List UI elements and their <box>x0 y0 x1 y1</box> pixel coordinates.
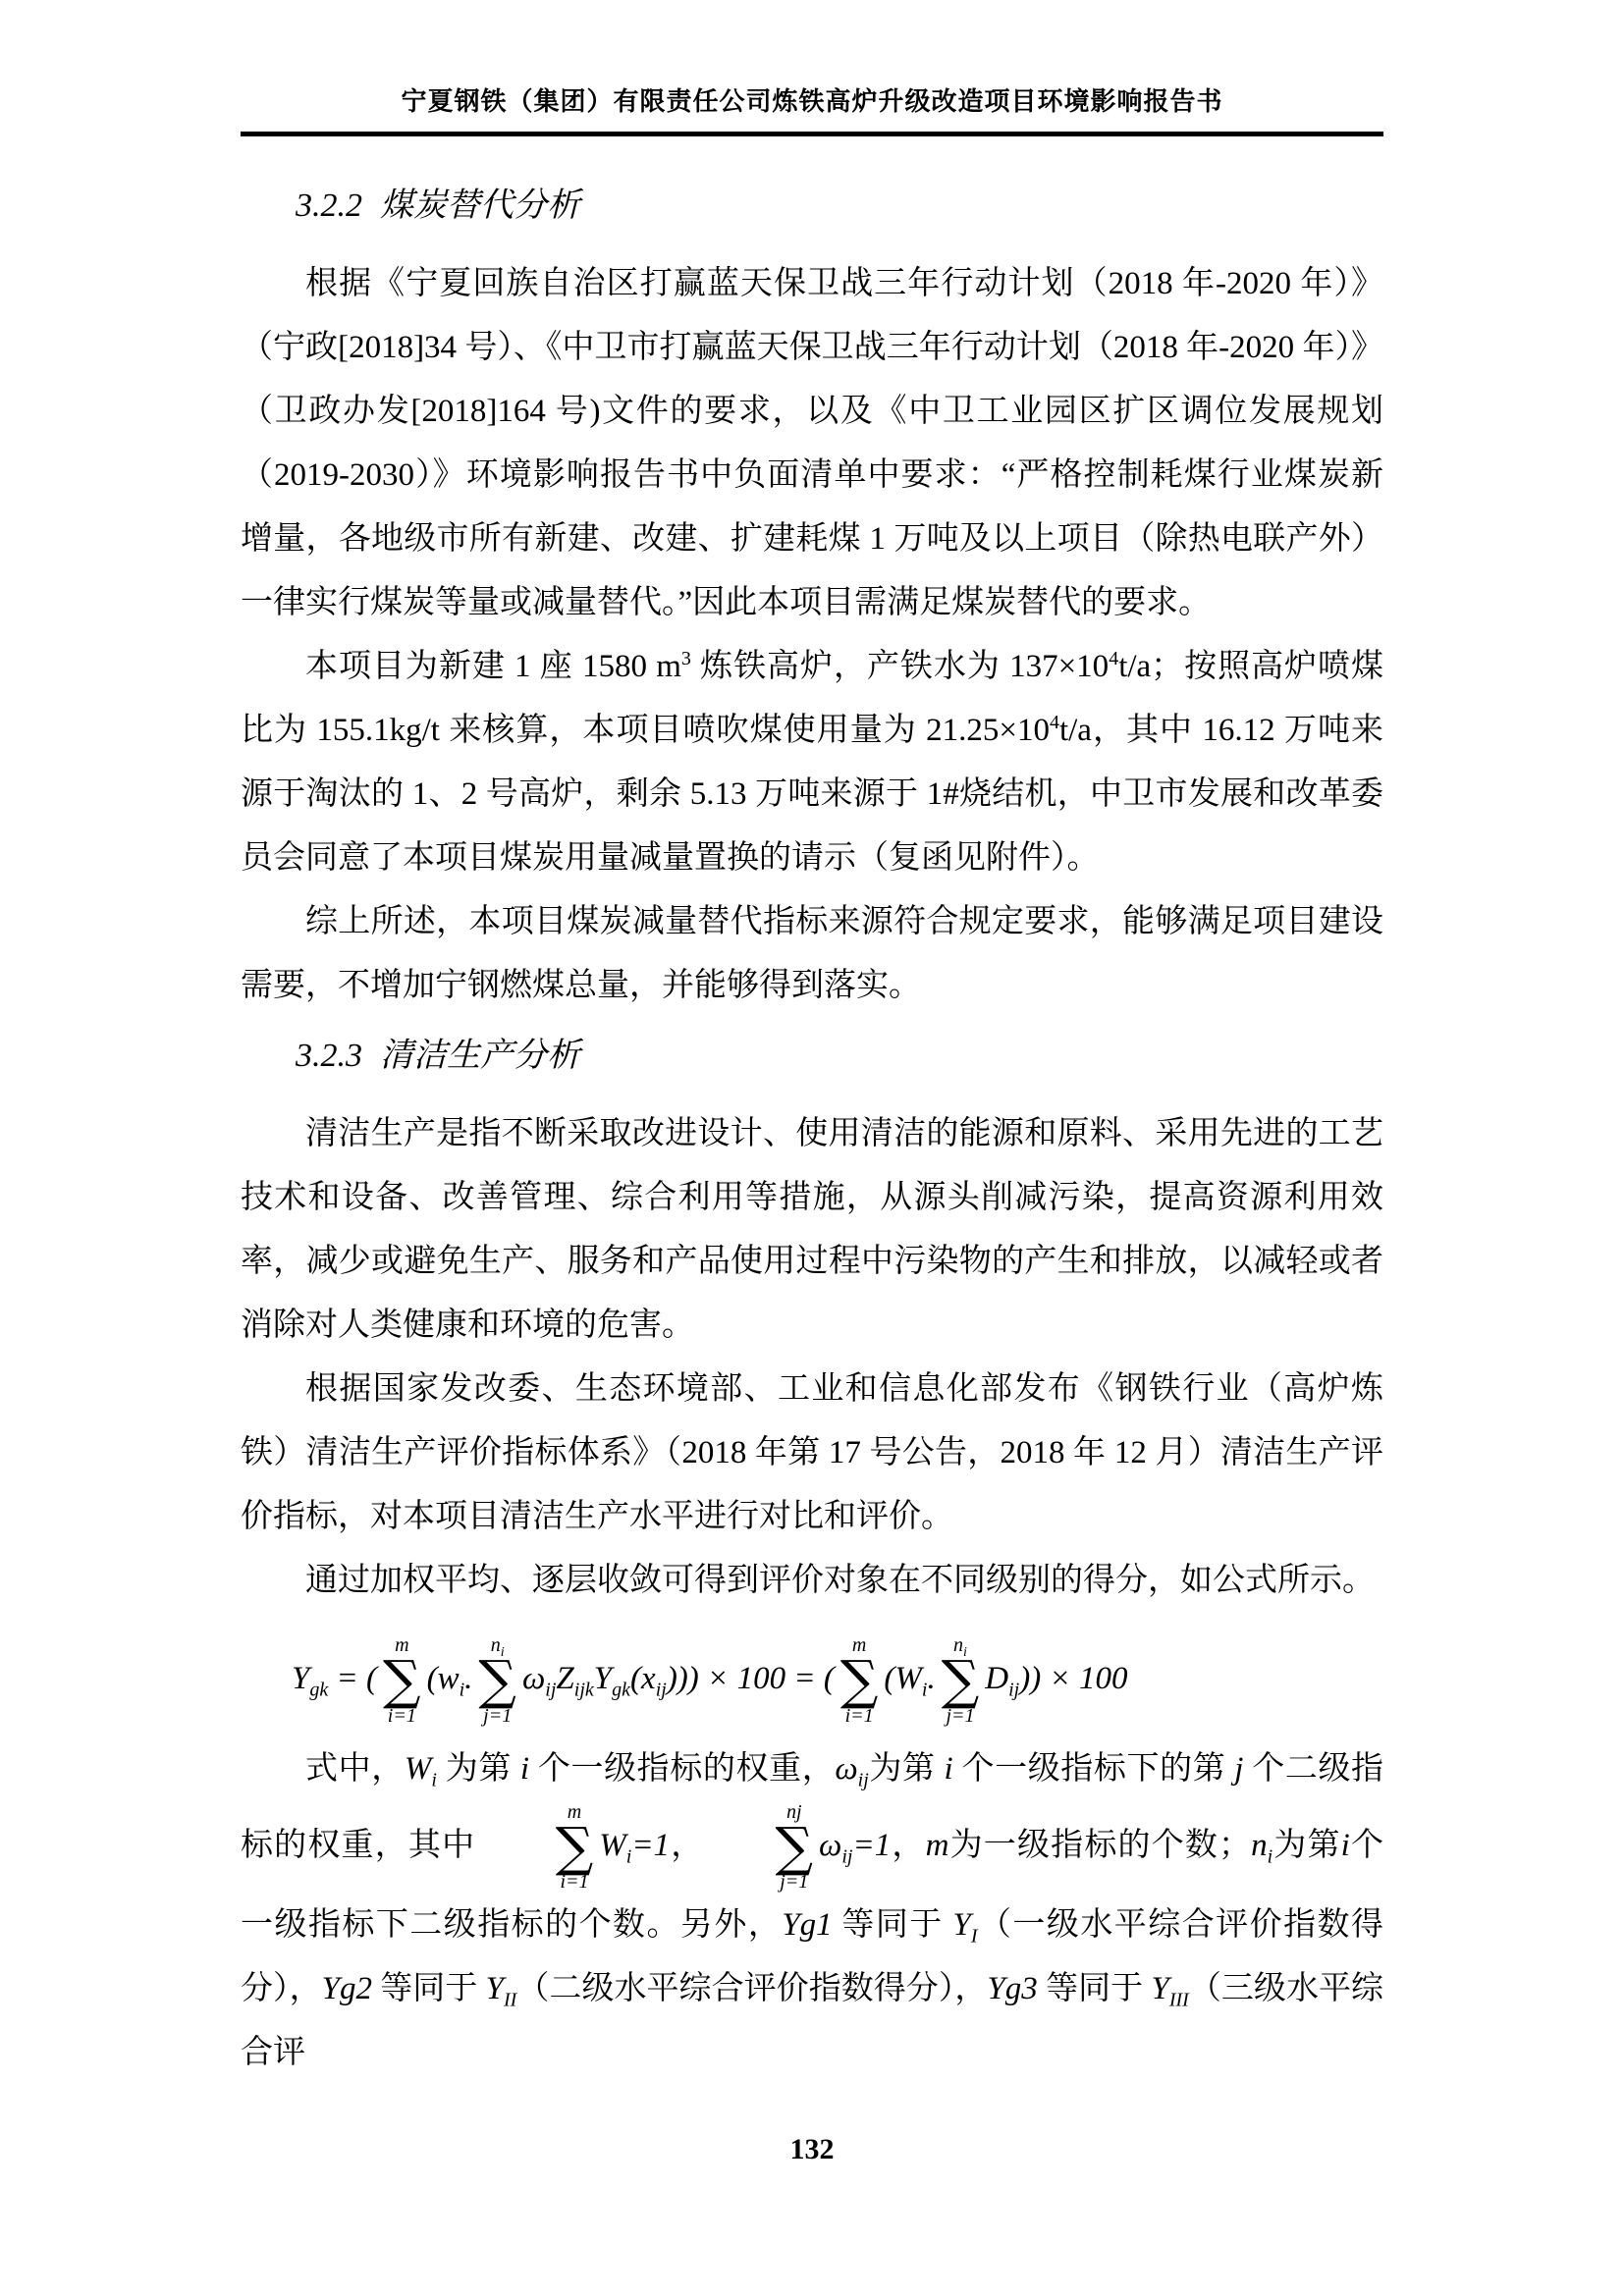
page-body: 3.2.2煤炭替代分析 根据《宁夏回族自治区打赢蓝天保卫战三年行动计划（2018… <box>241 184 1383 2085</box>
paragraph-formula-explain: 式中，Wi 为第 i 个一级指标的权重，ωij为第 i 个一级指标下的第 j 个… <box>241 1737 1383 2086</box>
math-op: =1 <box>631 1827 670 1862</box>
heading-3-2-2: 3.2.2煤炭替代分析 <box>296 184 1383 229</box>
sigma-icon: ∑ <box>840 1657 879 1705</box>
math-var: j <box>1234 1751 1243 1787</box>
math-op: × <box>707 1661 729 1696</box>
math-paren: ( <box>366 1661 377 1696</box>
math-var: Y <box>292 1661 309 1696</box>
summation-symbol: m∑i=1 <box>840 1634 879 1728</box>
document-page: 宁夏钢铁（集团）有限责任公司炼铁高炉升级改造项目环境影响报告书 3.2.2煤炭替… <box>0 0 1624 2296</box>
math-var: W <box>405 1751 432 1787</box>
math-var: i <box>944 1751 952 1787</box>
math-sub: ij <box>858 1769 869 1790</box>
math-sub: III <box>1169 1990 1189 2011</box>
sigma-icon: ∑ <box>710 1824 813 1872</box>
paragraph-coal-project: 本项目为新建 1 座 1580 m3 炼铁高炉，产铁水为 137×104t/a；… <box>241 635 1383 890</box>
heading-3-2-3: 3.2.3清洁生产分析 <box>296 1034 1383 1079</box>
math-paren: ( <box>630 1661 641 1696</box>
math-op: = <box>337 1661 358 1696</box>
math-op: =1 <box>852 1827 891 1862</box>
math-var: Y <box>1151 1971 1168 2006</box>
paragraph-cleanprod-intro: 清洁生产是指不断采取改进设计、使用清洁的能源和原料、采用先进的工艺技术和设备、改… <box>241 1102 1383 1358</box>
sum-lower-limit: j=1 <box>946 1705 974 1728</box>
text-run: 本项目为新建 1 座 1580 m <box>305 649 681 684</box>
math-var: Yg1 <box>782 1907 832 1943</box>
math-var: Y <box>486 1971 504 2006</box>
page-number: 132 <box>0 2133 1624 2166</box>
document-header-title: 宁夏钢铁（集团）有限责任公司炼铁高炉升级改造项目环境影响报告书 <box>241 84 1383 120</box>
math-var: ω <box>819 1827 841 1862</box>
sum-lower-limit: i=1 <box>495 1871 588 1894</box>
math-sub: gk <box>309 1679 328 1700</box>
math-var: x <box>641 1661 656 1696</box>
math-var: i <box>520 1751 529 1787</box>
math-var: Y <box>952 1907 970 1943</box>
paragraph-cleanprod-basis: 根据国家发改委、生态环境部、工业和信息化部发布《钢铁行业（高炉炼铁）清洁生产评价… <box>241 1358 1383 1549</box>
text-run: 为一级指标的个数； <box>948 1827 1251 1862</box>
math-paren: ))) <box>667 1661 699 1696</box>
text-run: ， <box>891 1827 925 1862</box>
math-sub: I <box>971 1926 978 1948</box>
math-sub: ijk <box>574 1679 594 1700</box>
summation-symbol: m∑i=1 <box>383 1634 421 1728</box>
text-run: 式中， <box>305 1751 405 1787</box>
math-var: ω <box>522 1661 545 1696</box>
math-num: 100 <box>1079 1661 1128 1696</box>
section-title: 煤炭替代分析 <box>380 187 580 224</box>
text-run: 为第 <box>437 1751 520 1787</box>
math-sub: II <box>504 1990 516 2011</box>
math-var: w <box>438 1661 460 1696</box>
math-sub: ij <box>841 1845 852 1867</box>
math-var: Yg3 <box>987 1971 1037 2006</box>
sum-lower-limit: j=1 <box>715 1871 808 1894</box>
math-paren: )) <box>1019 1661 1041 1696</box>
text-run: 炼铁高炉，产铁水为 137×10 <box>691 649 1109 684</box>
formula-ygk: Ygk = (m∑i=1(wi.ni∑j=1ωijZijkYgk(xij))) … <box>292 1634 1383 1728</box>
math-var: Z <box>556 1661 573 1696</box>
summation-symbol: nj∑j=1 <box>710 1801 813 1895</box>
superscript: 4 <box>1050 712 1059 733</box>
sigma-icon: ∑ <box>942 1657 980 1705</box>
math-op: . <box>927 1661 935 1696</box>
sum-lower-limit: i=1 <box>845 1705 874 1728</box>
superscript: 3 <box>681 648 691 669</box>
text-run: 等同于 <box>1038 1971 1152 2006</box>
sum-lower-limit: j=1 <box>483 1705 512 1728</box>
math-var: W <box>599 1827 626 1862</box>
math-sub: gk <box>612 1679 630 1700</box>
text-run: 个一级指标的权重， <box>529 1751 835 1787</box>
header-rule <box>241 132 1383 136</box>
text-run: ， <box>670 1827 704 1862</box>
math-num: 100 <box>737 1661 786 1696</box>
sigma-icon: ∑ <box>491 1824 594 1872</box>
summation-symbol: m∑i=1 <box>491 1801 594 1895</box>
math-sub: ij <box>656 1679 667 1700</box>
math-sub: ij <box>1008 1679 1019 1700</box>
math-var: ω <box>835 1751 857 1787</box>
math-op: = <box>793 1661 815 1696</box>
math-var: i <box>1341 1827 1350 1862</box>
math-paren: ( <box>427 1661 438 1696</box>
math-op: × <box>1049 1661 1070 1696</box>
paragraph-coal-summary: 综上所述，本项目煤炭减量替代指标来源符合规定要求，能够满足项目建设需要，不增加宁… <box>241 890 1383 1018</box>
text-run: 为第 <box>1272 1827 1341 1862</box>
text-run: 个一级指标下的第 <box>953 1751 1235 1787</box>
text-run: （二级水平综合评价指数得分）， <box>516 1971 987 2006</box>
summation-symbol: ni∑j=1 <box>478 1634 516 1728</box>
paragraph-score-method: 通过加权平均、逐层收敛可得到评价对象在不同级别的得分，如公式所示。 <box>241 1549 1383 1613</box>
section-title: 清洁生产分析 <box>380 1038 580 1074</box>
sigma-icon: ∑ <box>383 1657 421 1705</box>
text-run: 为第 <box>869 1751 945 1787</box>
text-run: 等同于 <box>833 1907 953 1943</box>
page-header: 宁夏钢铁（集团）有限责任公司炼铁高炉升级改造项目环境影响报告书 <box>241 84 1383 136</box>
math-sub: ij <box>545 1679 556 1700</box>
math-var: D <box>985 1661 1008 1696</box>
section-number: 3.2.3 <box>296 1038 362 1074</box>
math-var: m <box>926 1827 949 1862</box>
math-var: W <box>894 1661 922 1696</box>
math-paren: ( <box>884 1661 894 1696</box>
math-var: n <box>1251 1827 1268 1862</box>
paragraph-coal-policy: 根据《宁夏回族自治区打赢蓝天保卫战三年行动计划（2018 年-2020 年）》（… <box>241 252 1383 635</box>
math-paren: ( <box>824 1661 835 1696</box>
section-number: 3.2.2 <box>296 187 362 224</box>
math-var: Yg2 <box>322 1971 372 2006</box>
summation-symbol: ni∑j=1 <box>942 1634 980 1728</box>
text-run: 等同于 <box>372 1971 486 2006</box>
math-op: . <box>464 1661 472 1696</box>
sigma-icon: ∑ <box>478 1657 516 1705</box>
superscript: 4 <box>1109 648 1118 669</box>
sum-lower-limit: i=1 <box>388 1705 416 1728</box>
math-var: Y <box>594 1661 612 1696</box>
